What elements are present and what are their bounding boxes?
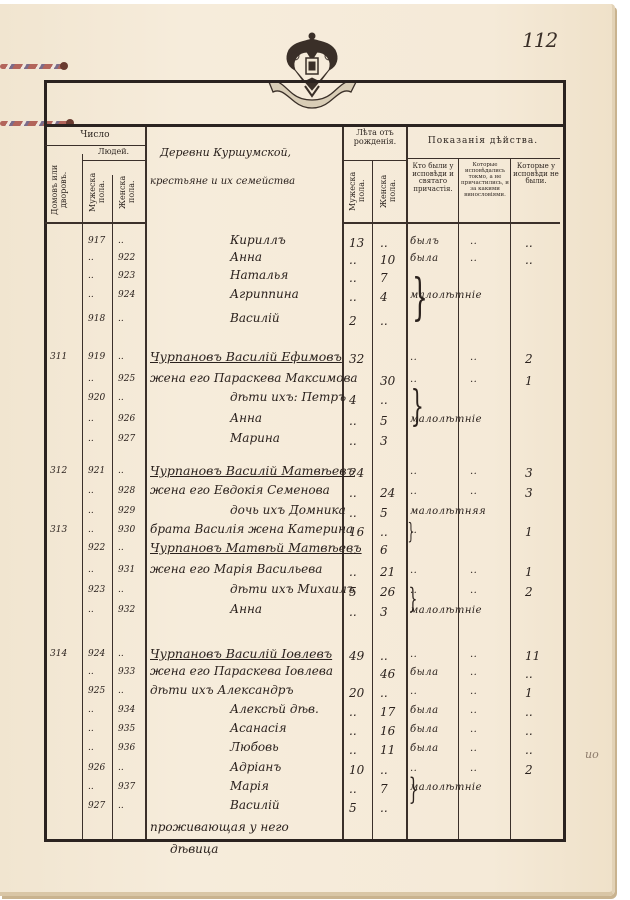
cell-m-no: .. xyxy=(88,743,94,753)
person-name: Анна xyxy=(230,602,262,616)
cell-confessed: .. xyxy=(410,686,417,697)
cell-f-no: 937 xyxy=(118,782,135,792)
cell-f-no: 931 xyxy=(118,565,135,575)
header-rule xyxy=(406,158,560,159)
footer-note-line2: дѣвица xyxy=(170,842,218,856)
header-age-female: Женска пола. xyxy=(379,164,399,218)
cell-age-f: 10 xyxy=(380,253,395,267)
person-name: Адріанъ xyxy=(230,760,281,774)
cell-age-m: .. xyxy=(349,434,357,448)
person-name: Агриппина xyxy=(230,287,299,301)
header-leta: Лѣта отъ рожденія. xyxy=(344,129,406,147)
cell-f-no: .. xyxy=(118,393,124,403)
names-intro-line1: Деревни Куршумской, xyxy=(160,146,291,159)
household-head-name: Чурпановъ Василій Іовлевъ xyxy=(150,646,332,661)
cell-confessed: малолѣтняя xyxy=(410,506,486,517)
cell-m-no: .. xyxy=(88,605,94,615)
header-pokazaniya: Показанія дѣйства. xyxy=(406,137,560,147)
cell-age-m: .. xyxy=(349,743,357,757)
table-header-rule xyxy=(44,124,563,127)
person-name: дѣти ихъ Александръ xyxy=(150,683,293,697)
person-name: жена его Параскева Іовлева xyxy=(150,664,333,678)
col-divider xyxy=(145,127,147,839)
cell-age-f: .. xyxy=(380,801,388,815)
cell-age-f: 21 xyxy=(380,565,395,579)
cell-communed: .. xyxy=(470,686,477,697)
cell-f-no: 927 xyxy=(118,434,135,444)
cell-not-confessed: 3 xyxy=(525,486,533,500)
cell-f-no: 925 xyxy=(118,374,135,384)
thread-knot xyxy=(60,62,68,70)
person-name: Анна xyxy=(230,250,262,264)
person-name: жена его Евдокія Семенова xyxy=(150,483,330,497)
header-rule xyxy=(45,222,145,224)
cell-communed: .. xyxy=(470,743,477,754)
cell-age-f: .. xyxy=(380,236,388,250)
cell-m-no: 926 xyxy=(88,763,105,773)
cell-m-no: .. xyxy=(88,290,94,300)
cell-age-m: 10 xyxy=(349,763,364,777)
cell-f-no: 924 xyxy=(118,290,135,300)
person-name: Любовь xyxy=(230,740,279,754)
person-name: дѣти ихъ: Петръ xyxy=(230,390,346,404)
cell-m-no: .. xyxy=(88,414,94,424)
header-rule xyxy=(45,145,145,146)
cell-communed: .. xyxy=(470,565,477,576)
col-divider xyxy=(510,158,511,839)
header-not-communed: Которые исповѣдались токмо, а не причаст… xyxy=(460,162,510,198)
cell-age-f: 5 xyxy=(380,506,388,520)
cell-age-f: 11 xyxy=(380,743,395,757)
names-intro-line2: крестьяне и их семейства xyxy=(150,176,295,187)
cell-f-no: .. xyxy=(118,763,124,773)
cell-f-no: 936 xyxy=(118,743,135,753)
cell-age-f: .. xyxy=(380,649,388,663)
cell-confessed: была xyxy=(410,667,439,678)
cell-m-no: .. xyxy=(88,565,94,575)
cell-m-no: .. xyxy=(88,782,94,792)
header-male-count: Мужеска пола. xyxy=(88,166,108,218)
cell-f-no: 930 xyxy=(118,525,135,535)
cell-age-f: .. xyxy=(380,393,388,407)
cell-age-f: 7 xyxy=(380,271,388,285)
person-name: Марія xyxy=(230,779,269,793)
cell-confessed: .. xyxy=(410,565,417,576)
cell-m-no: 922 xyxy=(88,543,105,553)
cell-age-m: 49 xyxy=(349,649,364,663)
col-divider xyxy=(458,158,459,839)
cell-age-f: .. xyxy=(380,525,388,539)
cell-m-no: .. xyxy=(88,506,94,516)
cell-age-m: .. xyxy=(349,253,357,267)
cell-age-f: 7 xyxy=(380,782,388,796)
cell-f-no: 932 xyxy=(118,605,135,615)
cell-m-no: 927 xyxy=(88,801,105,811)
cell-f-no: .. xyxy=(118,585,124,595)
col-divider xyxy=(82,154,83,839)
cell-communed: .. xyxy=(470,724,477,735)
cell-m-no: .. xyxy=(88,667,94,677)
cell-not-confessed: .. xyxy=(525,724,533,738)
cell-not-confessed: 1 xyxy=(525,686,533,700)
header-rule xyxy=(342,222,560,224)
cell-communed: .. xyxy=(470,705,477,716)
col-divider xyxy=(112,175,113,839)
cell-age-f: .. xyxy=(380,763,388,777)
person-name: брата Василія жена Катерина xyxy=(150,522,353,536)
cell-confessed: былъ xyxy=(410,236,439,247)
grouping-brace: } xyxy=(411,381,424,430)
cell-age-f: 6 xyxy=(380,543,388,557)
cell-not-confessed: 1 xyxy=(525,374,533,388)
cell-age-f: 5 xyxy=(380,414,388,428)
person-name: Василій xyxy=(230,798,280,812)
cell-communed: .. xyxy=(470,352,477,363)
header-female-count: Женска пола. xyxy=(118,166,138,218)
cell-m-no: .. xyxy=(88,705,94,715)
header-not-confessed: Которые у исповѣди не были. xyxy=(512,163,560,186)
cell-f-no: 933 xyxy=(118,667,135,677)
cell-age-f: 46 xyxy=(380,667,395,681)
cell-m-no: .. xyxy=(88,271,94,281)
cell-m-no: .. xyxy=(88,434,94,444)
col-divider xyxy=(342,127,344,839)
cell-age-m: 20 xyxy=(349,686,364,700)
cell-f-no: .. xyxy=(118,649,124,659)
cell-age-f: .. xyxy=(380,314,388,328)
cell-not-confessed: .. xyxy=(525,667,533,681)
cell-f-no: 935 xyxy=(118,724,135,734)
person-name: Наталья xyxy=(230,268,288,282)
cell-confessed: .. xyxy=(410,466,417,477)
cell-age-m: .. xyxy=(349,565,357,579)
cell-communed: .. xyxy=(470,763,477,774)
header-domov: Домовъ или дворовъ. xyxy=(50,162,78,218)
person-name: Кириллъ xyxy=(230,233,286,247)
cell-age-m: 4 xyxy=(349,393,357,407)
cell-not-confessed: 2 xyxy=(525,585,533,599)
cell-confessed: .. xyxy=(410,649,417,660)
cell-m-no: 918 xyxy=(88,314,105,324)
household-head-name: Чурпановъ Матвѣй Матвѣевъ xyxy=(150,540,362,555)
cell-not-confessed: .. xyxy=(525,236,533,250)
cell-house: 311 xyxy=(50,352,67,362)
cell-age-m: 32 xyxy=(349,352,364,366)
page-number: 112 xyxy=(522,28,557,52)
cell-confessed: была xyxy=(410,743,439,754)
cell-f-no: .. xyxy=(118,352,124,362)
header-confessed: Кто были у исповѣди и святаго причастія. xyxy=(408,163,458,194)
cell-m-no: 917 xyxy=(88,236,105,246)
person-name: Анна xyxy=(230,411,262,425)
household-head-name: Чурпановъ Василій Ефимовъ xyxy=(150,349,342,364)
cell-f-no: .. xyxy=(118,543,124,553)
cell-age-m: .. xyxy=(349,271,357,285)
person-name: жена его Марія Васильева xyxy=(150,562,322,576)
household-head-name: Чурпановъ Василій Матвѣевъ xyxy=(150,463,355,478)
cell-m-no: .. xyxy=(88,486,94,496)
cell-confessed: малолѣтніе xyxy=(410,782,482,793)
cell-not-confessed: .. xyxy=(525,253,533,267)
cell-age-m: .. xyxy=(349,290,357,304)
cell-communed: .. xyxy=(470,667,477,678)
cell-age-m: 2 xyxy=(349,314,357,328)
cell-age-m: .. xyxy=(349,724,357,738)
cell-age-m: 13 xyxy=(349,236,364,250)
cell-age-f: 3 xyxy=(380,605,388,619)
header-rule xyxy=(342,160,406,161)
cell-f-no: .. xyxy=(118,314,124,324)
cell-house: 313 xyxy=(50,525,67,535)
header-chislo: Число xyxy=(45,131,145,141)
grouping-brace: } xyxy=(408,582,417,615)
cell-communed: .. xyxy=(470,236,477,247)
person-name: жена его Параскева Максимова xyxy=(150,371,358,385)
cell-not-confessed: .. xyxy=(525,743,533,757)
cell-age-m: .. xyxy=(349,605,357,619)
person-name: Алексѣй дѣв. xyxy=(230,702,319,716)
cell-confessed: была xyxy=(410,724,439,735)
cell-age-m: .. xyxy=(349,782,357,796)
cell-confessed: была xyxy=(410,253,439,264)
footer-note-line1: проживающая у него xyxy=(150,820,289,834)
cell-m-no: 920 xyxy=(88,393,105,403)
cell-f-no: 934 xyxy=(118,705,135,715)
grouping-brace: } xyxy=(409,772,419,807)
cell-m-no: 924 xyxy=(88,649,105,659)
cell-f-no: 926 xyxy=(118,414,135,424)
header-rule xyxy=(82,160,145,161)
cell-not-confessed: 11 xyxy=(525,649,540,663)
cell-age-f: 16 xyxy=(380,724,395,738)
person-name: дочь ихъ Домника xyxy=(230,503,346,517)
cell-confessed: малолѣтніе xyxy=(410,605,482,616)
cell-m-no: 923 xyxy=(88,585,105,595)
cell-communed: .. xyxy=(470,253,477,264)
cell-m-no: .. xyxy=(88,374,94,384)
header-lyudey: Людей. xyxy=(82,148,145,157)
binding-thread-top xyxy=(0,64,64,69)
cell-age-f: 26 xyxy=(380,585,395,599)
person-name: Василій xyxy=(230,311,280,325)
cell-age-m: .. xyxy=(349,506,357,520)
cell-m-no: 919 xyxy=(88,352,105,362)
cell-age-f: 17 xyxy=(380,705,395,719)
cell-m-no: .. xyxy=(88,253,94,263)
cell-age-f: 30 xyxy=(380,374,395,388)
cell-not-confessed: 3 xyxy=(525,466,533,480)
cell-age-f: 3 xyxy=(380,434,388,448)
cell-age-m: .. xyxy=(349,705,357,719)
cell-not-confessed: 1 xyxy=(525,525,533,539)
cell-m-no: .. xyxy=(88,525,94,535)
cell-age-f: 24 xyxy=(380,486,395,500)
cell-age-f: .. xyxy=(380,686,388,700)
cell-communed: .. xyxy=(470,374,477,385)
person-name: Марина xyxy=(230,431,280,445)
cell-f-no: 928 xyxy=(118,486,135,496)
cell-confessed: .. xyxy=(410,486,417,497)
cell-house: 314 xyxy=(50,649,67,659)
col-divider xyxy=(372,160,373,839)
header-age-male: Мужеска пола. xyxy=(348,164,368,218)
cell-confessed: .. xyxy=(410,352,417,363)
person-name: Асанасія xyxy=(230,721,287,735)
cell-m-no: .. xyxy=(88,724,94,734)
cell-m-no: 925 xyxy=(88,686,105,696)
cell-house: 312 xyxy=(50,466,67,476)
cell-f-no: 929 xyxy=(118,506,135,516)
cell-age-f: 4 xyxy=(380,290,388,304)
cell-f-no: .. xyxy=(118,466,124,476)
cell-not-confessed: 2 xyxy=(525,352,533,366)
cell-f-no: 922 xyxy=(118,253,135,263)
cell-communed: .. xyxy=(470,585,477,596)
cell-age-m: .. xyxy=(349,486,357,500)
cell-f-no: .. xyxy=(118,236,124,246)
cell-not-confessed: .. xyxy=(525,705,533,719)
margin-pencil-note: ио xyxy=(585,748,599,761)
cell-f-no: 923 xyxy=(118,271,135,281)
cell-communed: .. xyxy=(470,466,477,477)
cell-f-no: .. xyxy=(118,801,124,811)
cell-confessed: была xyxy=(410,705,439,716)
cell-m-no: 921 xyxy=(88,466,105,476)
col-divider xyxy=(406,127,408,839)
cell-communed: .. xyxy=(470,649,477,660)
grouping-brace: } xyxy=(412,268,428,326)
cell-age-m: .. xyxy=(349,414,357,428)
cell-f-no: .. xyxy=(118,686,124,696)
cell-not-confessed: 1 xyxy=(525,565,533,579)
grouping-brace: } xyxy=(408,520,415,545)
cell-not-confessed: 2 xyxy=(525,763,533,777)
cell-age-m: 5 xyxy=(349,801,357,815)
cell-communed: .. xyxy=(470,486,477,497)
person-name: дѣти ихъ Михаилъ xyxy=(230,582,355,596)
